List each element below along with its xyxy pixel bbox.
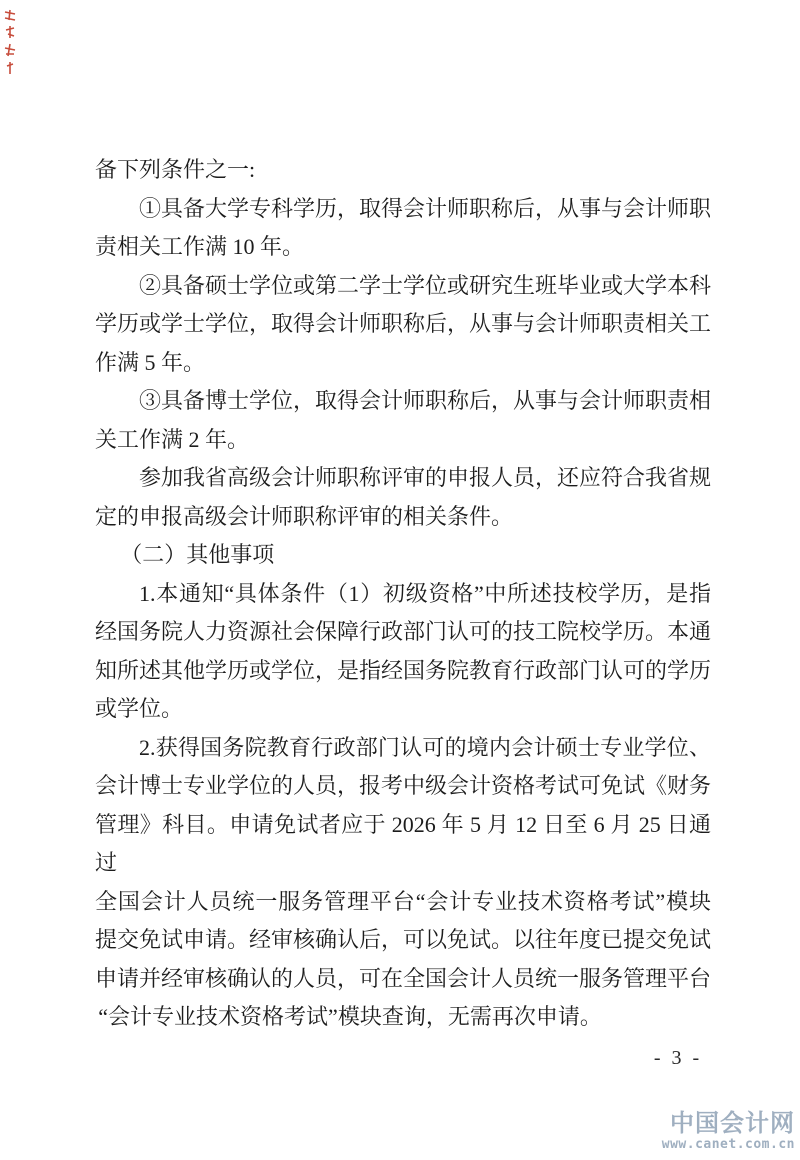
text-line: ③具备博士学位，取得会计师职称后，从事与会计师职责相	[95, 382, 711, 421]
site-watermark: 中国会计网 www.canet.com.cn	[662, 1111, 795, 1152]
text-line: 管理》科目。申请免试者应于 2026 年 5 月 12 日至 6 月 25 日通…	[95, 806, 711, 883]
text-line: 或学位。	[95, 690, 711, 729]
text-line: 学历或学士学位，取得会计师职称后，从事与会计师职责相关工	[95, 305, 711, 344]
text-line: ①具备大学专科学历，取得会计师职称后，从事与会计师职	[95, 190, 711, 229]
red-edge-marks-icon	[2, 8, 18, 83]
text-line: 知所述其他学历或学位，是指经国务院教育行政部门认可的学历	[95, 652, 711, 691]
watermark-site-url: www.canet.com.cn	[662, 1138, 795, 1153]
watermark-site-name: 中国会计网	[662, 1111, 795, 1138]
text-line: 1.本通知“具体条件（1）初级资格”中所述技校学历，是指	[95, 575, 711, 614]
text-line: 2.获得国务院教育行政部门认可的境内会计硕士专业学位、	[95, 729, 711, 768]
document-body: 备下列条件之一:①具备大学专科学历，取得会计师职称后，从事与会计师职责相关工作满…	[95, 151, 711, 1037]
text-line: （二）其他事项	[95, 536, 711, 575]
text-line: 作满 5 年。	[95, 344, 711, 383]
text-line: 申请并经审核确认的人员，可在全国会计人员统一服务管理平台	[95, 960, 711, 999]
text-line: 参加我省高级会计师职称评审的申报人员，还应符合我省规	[95, 459, 711, 498]
text-line: 关工作满 2 年。	[95, 421, 711, 460]
page-number: - 3 -	[630, 1047, 726, 1070]
text-line: 全国会计人员统一服务管理平台“会计专业技术资格考试”模块	[95, 883, 711, 922]
text-line: ②具备硕士学位或第二学士学位或研究生班毕业或大学本科	[95, 267, 711, 306]
text-line: 定的申报高级会计师职称评审的相关条件。	[95, 498, 711, 537]
text-line: 提交免试申请。经审核确认后，可以免试。以往年度已提交免试	[95, 921, 711, 960]
text-line: 责相关工作满 10 年。	[95, 228, 711, 267]
text-line: 备下列条件之一:	[95, 151, 711, 190]
text-line: “会计专业技术资格考试”模块查询，无需再次申请。	[95, 998, 711, 1037]
text-line: 会计博士专业学位的人员，报考中级会计资格考试可免试《财务	[95, 767, 711, 806]
text-line: 经国务院人力资源社会保障行政部门认可的技工院校学历。本通	[95, 613, 711, 652]
